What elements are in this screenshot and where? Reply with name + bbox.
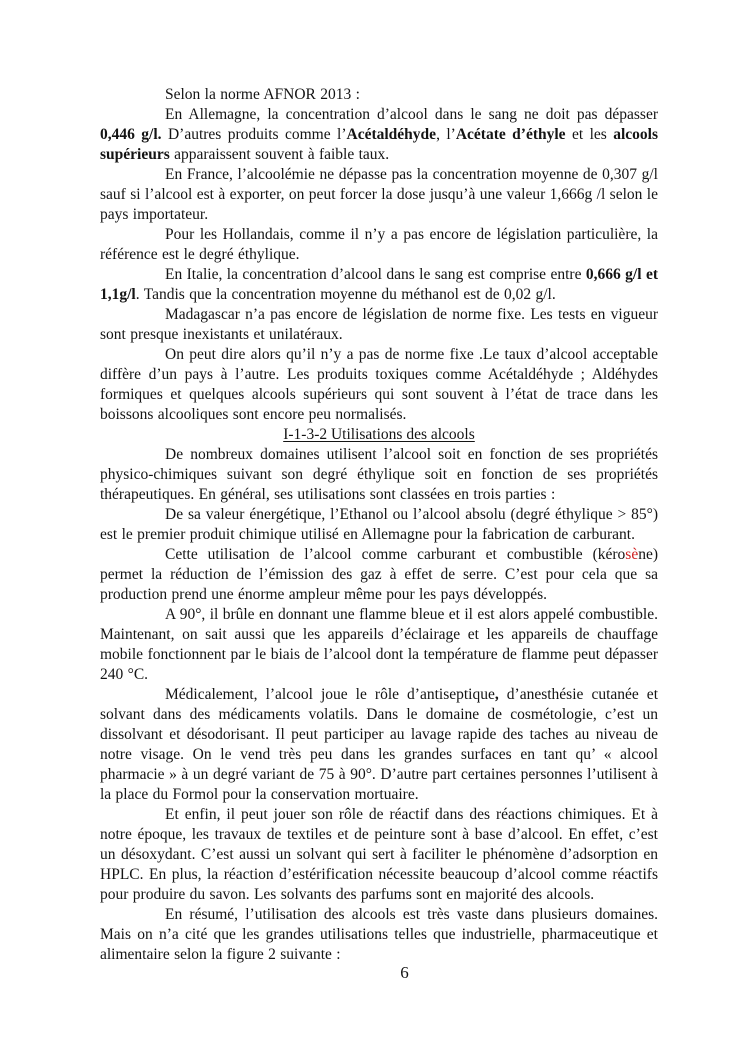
page-body: Selon la norme AFNOR 2013 :En Allemagne,…	[100, 85, 658, 965]
text-run: On peut dire alors qu’il n’y a pas de no…	[100, 346, 658, 423]
text-run: D’autres produits comme l’	[162, 126, 347, 143]
paragraph: En Allemagne, la concentration d’alcool …	[100, 105, 658, 165]
bold-text: 0,446 g/l.	[100, 126, 162, 143]
document-page: Selon la norme AFNOR 2013 :En Allemagne,…	[0, 0, 745, 1053]
text-run: Et enfin, il peut jouer son rôle de réac…	[100, 806, 658, 903]
paragraph: On peut dire alors qu’il n’y a pas de no…	[100, 345, 658, 425]
text-run: Madagascar n’a pas encore de législation…	[100, 306, 658, 343]
text-run: . Tandis que la concentration moyenne du…	[136, 286, 556, 303]
paragraph: En France, l’alcoolémie ne dépasse pas l…	[100, 165, 658, 225]
text-run: d’anesthésie cutanée et solvant dans des…	[100, 686, 658, 803]
text-run: En résumé, l’utilisation des alcools est…	[100, 906, 658, 963]
bold-text: Acétate d’éthyle	[456, 126, 566, 143]
paragraph: Selon la norme AFNOR 2013 :	[100, 85, 658, 105]
paragraph: Cette utilisation de l’alcool comme carb…	[100, 545, 658, 605]
text-run: De nombreux domaines utilisent l’alcool …	[100, 446, 658, 503]
paragraph: En Italie, la concentration d’alcool dan…	[100, 265, 658, 305]
paragraph: A 90°, il brûle en donnant une flamme bl…	[100, 605, 658, 685]
text-run: En France, l’alcoolémie ne dépasse pas l…	[100, 166, 658, 223]
page-number: 6	[64, 962, 745, 984]
text-run: A 90°, il brûle en donnant une flamme bl…	[100, 606, 658, 683]
red-text: sè	[625, 546, 638, 563]
text-run: apparaissent souvent à faible taux.	[170, 146, 389, 163]
text-run: , l’	[436, 126, 456, 143]
text-run: I-1-3-2 Utilisations des alcools	[283, 426, 475, 443]
text-run: En Allemagne, la concentration d’alcool …	[165, 106, 658, 123]
text-run: et les	[566, 126, 614, 143]
paragraph: Madagascar n’a pas encore de législation…	[100, 305, 658, 345]
text-run: Pour les Hollandais, comme il n’y a pas …	[100, 226, 658, 263]
bold-text: Acétaldéhyde	[347, 126, 437, 143]
paragraph: Et enfin, il peut jouer son rôle de réac…	[100, 805, 658, 905]
text-run: En Italie, la concentration d’alcool dan…	[165, 266, 586, 283]
text-run: De sa valeur énergétique, l’Ethanol ou l…	[100, 506, 658, 543]
paragraph: De sa valeur énergétique, l’Ethanol ou l…	[100, 505, 658, 545]
paragraph: De nombreux domaines utilisent l’alcool …	[100, 445, 658, 505]
text-run: Médicalement, l’alcool joue le rôle d’an…	[165, 686, 495, 703]
paragraph: Pour les Hollandais, comme il n’y a pas …	[100, 225, 658, 265]
text-run: Cette utilisation de l’alcool comme carb…	[165, 546, 625, 563]
paragraph: En résumé, l’utilisation des alcools est…	[100, 905, 658, 965]
section-heading: I-1-3-2 Utilisations des alcools	[100, 425, 658, 445]
text-run: Selon la norme AFNOR 2013 :	[165, 86, 360, 103]
paragraph: Médicalement, l’alcool joue le rôle d’an…	[100, 685, 658, 805]
